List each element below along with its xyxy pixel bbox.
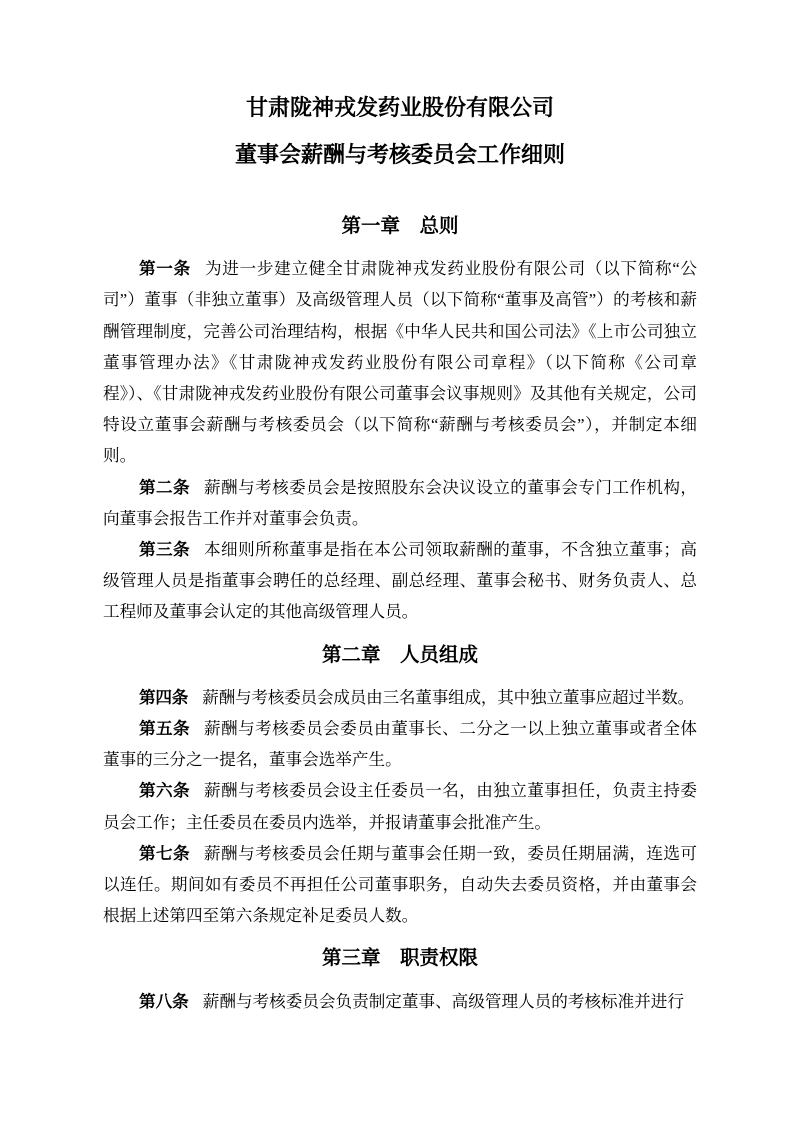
article-5: 第五条薪酬与考核委员会委员由董事长、二分之一以上独立董事或者全体董事的三分之一提… (103, 713, 697, 775)
article-8-text: 薪酬与考核委员会负责制定董事、高级管理人员的考核标准并进行 (203, 992, 684, 1011)
article-1-label: 第一条 (139, 259, 191, 278)
chapter-2-heading: 第二章 人员组成 (103, 640, 697, 671)
article-6-text: 薪酬与考核委员会设主任委员一名，由独立董事担任，负责主持委员会工作；主任委员在委… (103, 781, 697, 831)
document-page: 甘肃陇神戎发药业股份有限公司 董事会薪酬与考核委员会工作细则 第一章 总则 第一… (0, 0, 794, 1122)
article-6: 第六条薪酬与考核委员会设主任委员一名，由独立董事担任，负责主持委员会工作；主任委… (103, 775, 697, 837)
article-2-text: 薪酬与考核委员会是按照股东会决议设立的董事会专门工作机构，向董事会报告工作并对董… (103, 478, 697, 528)
article-4-text: 薪酬与考核委员会成员由三名董事组成，其中独立董事应超过半数。 (202, 688, 694, 707)
article-5-label: 第五条 (139, 719, 190, 738)
chapter-3-heading: 第三章 职责权限 (103, 943, 697, 974)
article-6-label: 第六条 (139, 781, 190, 800)
article-3-text: 本细则所称董事是指在本公司领取薪酬的董事，不含独立董事；高级管理人员是指董事会聘… (103, 540, 697, 621)
article-7-text: 薪酬与考核委员会任期与董事会任期一致，委员任期届满，连选可以连任。期间如有委员不… (103, 844, 697, 925)
article-1: 第一条为进一步建立健全甘肃陇神戎发药业股份有限公司（以下简称“公司”）董事（非独… (103, 253, 697, 471)
chapter-1-heading: 第一章 总则 (103, 211, 697, 242)
title-line-2: 董事会薪酬与考核委员会工作细则 (103, 131, 697, 178)
article-4-label: 第四条 (139, 688, 188, 707)
article-2: 第二条薪酬与考核委员会是按照股东会决议设立的董事会专门工作机构，向董事会报告工作… (103, 472, 697, 534)
article-4: 第四条薪酬与考核委员会成员由三名董事组成，其中独立董事应超过半数。 (103, 682, 697, 713)
article-3: 第三条本细则所称董事是指在本公司领取薪酬的董事，不含独立董事；高级管理人员是指董… (103, 534, 697, 628)
article-3-label: 第三条 (139, 540, 190, 559)
article-2-label: 第二条 (139, 478, 190, 497)
article-8: 第八条薪酬与考核委员会负责制定董事、高级管理人员的考核标准并进行 (103, 986, 697, 1017)
article-5-text: 薪酬与考核委员会委员由董事长、二分之一以上独立董事或者全体董事的三分之一提名，董… (103, 719, 697, 769)
article-7-label: 第七条 (139, 844, 190, 863)
article-1-text: 为进一步建立健全甘肃陇神戎发药业股份有限公司（以下简称“公司”）董事（非独立董事… (103, 259, 697, 465)
document-title: 甘肃陇神戎发药业股份有限公司 董事会薪酬与考核委员会工作细则 (103, 84, 697, 178)
article-7: 第七条薪酬与考核委员会任期与董事会任期一致，委员任期届满，连选可以连任。期间如有… (103, 838, 697, 932)
title-line-1: 甘肃陇神戎发药业股份有限公司 (103, 84, 697, 131)
article-8-label: 第八条 (139, 992, 189, 1011)
